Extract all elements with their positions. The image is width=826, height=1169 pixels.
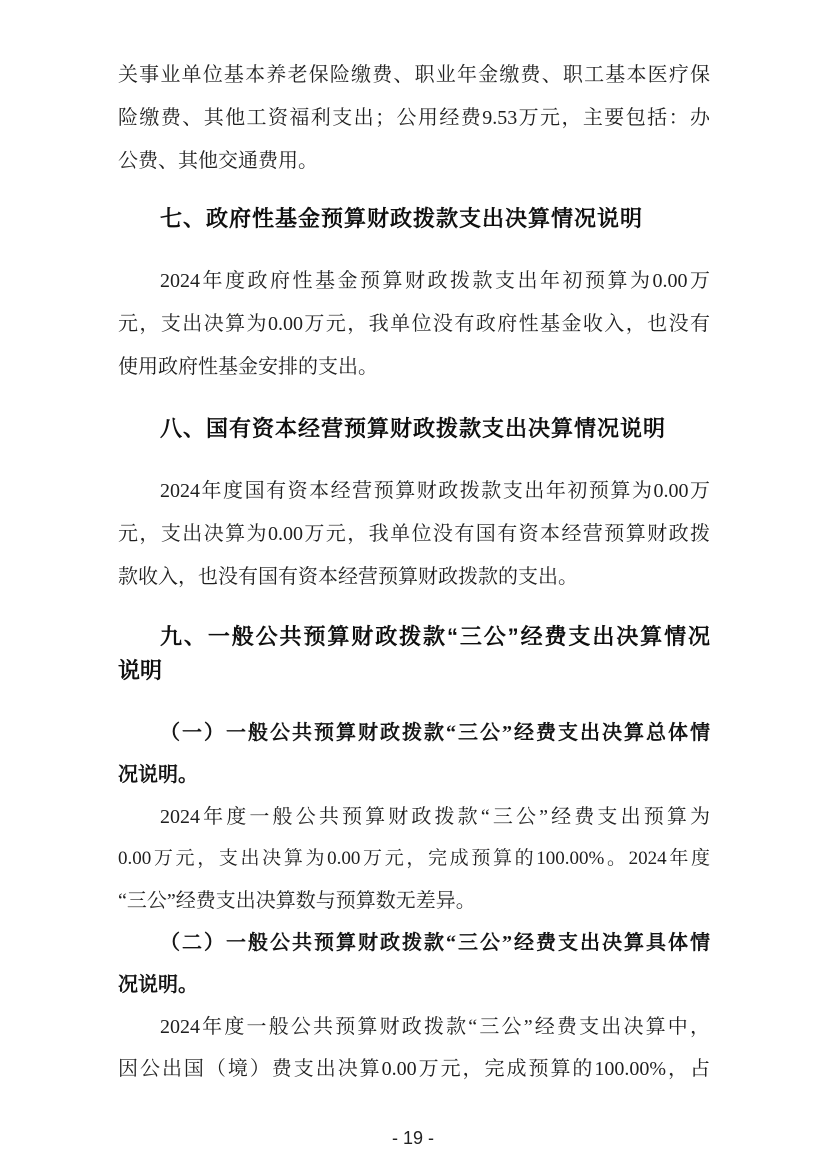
section-nine: 九、一般公共预算财政拨款“三公”经费支出决算情况 说明 （一）一般公共预算财政拨… <box>118 620 710 1090</box>
document-body: 关事业单位基本养老保险缴费、职业年金缴费、职工基本医疗保 险缴费、其他工资福利支… <box>118 54 710 1090</box>
paragraph-line: 2024年度一般公共预算财政拨款“三公”经费支出决算中， <box>118 1006 710 1048</box>
section-eight: 八、国有资本经营预算财政拨款支出决算情况说明 2024年度国有资本经营预算财政拨… <box>118 407 710 599</box>
paragraph-line: 2024年度一般公共预算财政拨款“三公”经费支出预算为 <box>118 796 710 838</box>
page-number: - 19 - <box>0 1128 826 1149</box>
subsection-heading-line: （一）一般公共预算财政拨款“三公”经费支出决算总体情 <box>118 712 710 754</box>
subsection-two: （二）一般公共预算财政拨款“三公”经费支出决算具体情 况说明。 2024年度一般… <box>118 922 710 1090</box>
section-nine-heading-line: 说明 <box>118 654 710 688</box>
section-seven: 七、政府性基金预算财政拨款支出决算情况说明 2024年度政府性基金预算财政拨款支… <box>118 197 710 389</box>
paragraph-line: 公费、其他交通费用。 <box>118 140 710 183</box>
section-nine-heading-line: 九、一般公共预算财政拨款“三公”经费支出决算情况 <box>118 620 710 654</box>
paragraph-line: “三公”经费支出决算数与预算数无差异。 <box>118 880 710 922</box>
subsection-one-paragraph: 2024年度一般公共预算财政拨款“三公”经费支出预算为 0.00万元，支出决算为… <box>118 796 710 922</box>
paragraph-line: 2024年度国有资本经营预算财政拨款支出年初预算为0.00万 <box>118 470 710 513</box>
paragraph-line: 款收入，也没有国有资本经营预算财政拨款的支出。 <box>118 556 710 599</box>
subsection-heading-line: 况说明。 <box>118 964 710 1006</box>
paragraph-line: 2024年度政府性基金预算财政拨款支出年初预算为0.00万 <box>118 260 710 303</box>
paragraph-line: 元，支出决算为0.00万元，我单位没有国有资本经营预算财政拨 <box>118 513 710 556</box>
paragraph-line: 使用政府性基金安排的支出。 <box>118 346 710 389</box>
subsection-heading-line: 况说明。 <box>118 754 710 796</box>
paragraph-line: 元，支出决算为0.00万元，我单位没有政府性基金收入，也没有 <box>118 303 710 346</box>
section-eight-paragraph: 2024年度国有资本经营预算财政拨款支出年初预算为0.00万 元，支出决算为0.… <box>118 470 710 599</box>
paragraph-line: 因公出国（境）费支出决算0.00万元，完成预算的100.00%，占 <box>118 1048 710 1090</box>
intro-paragraph: 关事业单位基本养老保险缴费、职业年金缴费、职工基本医疗保 险缴费、其他工资福利支… <box>118 54 710 183</box>
paragraph-line: 关事业单位基本养老保险缴费、职业年金缴费、职工基本医疗保 <box>118 54 710 97</box>
section-seven-paragraph: 2024年度政府性基金预算财政拨款支出年初预算为0.00万 元，支出决算为0.0… <box>118 260 710 389</box>
subsection-one: （一）一般公共预算财政拨款“三公”经费支出决算总体情 况说明。 2024年度一般… <box>118 712 710 922</box>
document-page: { "page": { "background_color": "#ffffff… <box>0 0 826 1169</box>
paragraph-line: 0.00万元，支出决算为0.00万元，完成预算的100.00%。2024年度 <box>118 838 710 880</box>
subsection-heading-line: （二）一般公共预算财政拨款“三公”经费支出决算具体情 <box>118 922 710 964</box>
subsection-one-heading: （一）一般公共预算财政拨款“三公”经费支出决算总体情 况说明。 <box>118 712 710 796</box>
section-seven-heading: 七、政府性基金预算财政拨款支出决算情况说明 <box>118 197 710 240</box>
section-nine-heading: 九、一般公共预算财政拨款“三公”经费支出决算情况 说明 <box>118 620 710 688</box>
subsection-two-paragraph: 2024年度一般公共预算财政拨款“三公”经费支出决算中， 因公出国（境）费支出决… <box>118 1006 710 1090</box>
subsection-two-heading: （二）一般公共预算财政拨款“三公”经费支出决算具体情 况说明。 <box>118 922 710 1006</box>
section-eight-heading: 八、国有资本经营预算财政拨款支出决算情况说明 <box>118 407 710 450</box>
paragraph-line: 险缴费、其他工资福利支出；公用经费9.53万元，主要包括：办 <box>118 97 710 140</box>
